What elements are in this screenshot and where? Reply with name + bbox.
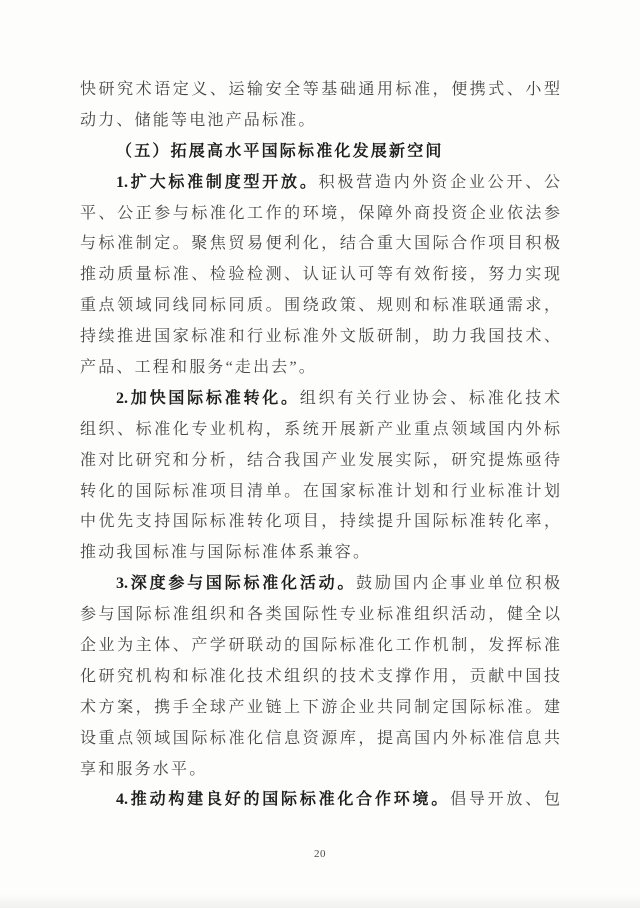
page-number: 20 <box>0 848 640 860</box>
text-line: 准对比研究和分析，结合我国产业发展实际，研究提炼亟待 <box>80 446 560 477</box>
text-line: 持续推进国家标准和行业标准外文版研制，助力我国技术、 <box>80 322 560 353</box>
text-line: 企业为主体、产学研联动的国际标准化工作机制，发挥标准 <box>80 631 560 662</box>
text-line: 术方案，携手全球产业链上下游企业共同制定国际标准。建 <box>80 693 560 724</box>
text-line: 化研究机构和标准化技术组织的技术支撑作用，贡献中国技 <box>80 662 560 693</box>
text-run: 快研究术语定义、运输安全等基础通用标准，便携式、小型 <box>80 81 560 98</box>
text-run: 设重点领域国际标准化信息资源库，提高国内外标准信息共 <box>80 730 560 747</box>
text-run: 中优先支持国际标准转化项目，持续提升国际标准转化率， <box>80 513 560 530</box>
text-line: 1.扩大标准制度型开放。积极营造内外资企业公开、公 <box>80 168 560 199</box>
text-run: 化研究机构和标准化技术组织的技术支撑作用，贡献中国技 <box>80 668 560 685</box>
text-line: 参与国际标准组织和各类国际性专业标准组织活动，健全以 <box>80 600 560 631</box>
text-line: 推动我国标准与国际标准体系兼容。 <box>80 538 560 569</box>
text-run: 重点领域同线同标同质。围绕政策、规则和标准联通需求， <box>80 297 560 314</box>
text-line: 推动质量标准、检验检测、认证认可等有效衔接，努力实现 <box>80 260 560 291</box>
text-line: 快研究术语定义、运输安全等基础通用标准，便携式、小型 <box>80 75 560 106</box>
text-line: 4.推动构建良好的国际标准化合作环境。倡导开放、包 <box>80 785 560 816</box>
text-run: 积极营造内外资企业公开、公 <box>319 174 560 191</box>
text-run: 组织有关行业协会、标准化技术 <box>300 390 560 407</box>
text-line: 转化的国际标准项目清单。在国家标准计划和行业标准计划 <box>80 477 560 508</box>
text-line: 设重点领域国际标准化信息资源库，提高国内外标准信息共 <box>80 724 560 755</box>
text-line: 中优先支持国际标准转化项目，持续提升国际标准转化率， <box>80 507 560 538</box>
text-run: 享和服务水平。 <box>80 761 207 778</box>
document-body: 快研究术语定义、运输安全等基础通用标准，便携式、小型 动力、储能等电池产品标准。… <box>80 75 560 816</box>
text-run: 产品、工程和服务“走出去”。 <box>80 359 317 376</box>
text-run: 倡导开放、包 <box>450 791 560 808</box>
text-run: 组织、标准化专业机构，系统开展新产业重点领域国内外标 <box>80 421 560 438</box>
document-page: 快研究术语定义、运输安全等基础通用标准，便携式、小型 动力、储能等电池产品标准。… <box>0 0 640 908</box>
bold-run: 1.扩大标准制度型开放。 <box>116 174 319 191</box>
scan-shadow <box>0 894 640 908</box>
text-line: 2.加快国际标准转化。组织有关行业协会、标准化技术 <box>80 384 560 415</box>
text-run: 术方案，携手全球产业链上下游企业共同制定国际标准。建 <box>80 699 560 716</box>
text-run: 鼓励国内企事业单位积极 <box>356 575 560 592</box>
text-run: 企业为主体、产学研联动的国际标准化工作机制，发挥标准 <box>80 637 560 654</box>
section-heading: （五）拓展高水平国际标准化发展新空间 <box>80 137 560 168</box>
text-line: 与标准制定。聚焦贸易便利化，结合重大国际合作项目积极 <box>80 229 560 260</box>
bold-run: 4.推动构建良好的国际标准化合作环境。 <box>116 791 450 808</box>
text-run: 转化的国际标准项目清单。在国家标准计划和行业标准计划 <box>80 483 560 500</box>
text-line: 产品、工程和服务“走出去”。 <box>80 353 560 384</box>
text-run: 动力、储能等电池产品标准。 <box>80 112 317 129</box>
bold-run: 3.深度参与国际标准化活动。 <box>116 575 356 592</box>
text-line: 平、公正参与标准化工作的环境，保障外商投资企业依法参 <box>80 199 560 230</box>
text-run: 参与国际标准组织和各类国际性专业标准组织活动，健全以 <box>80 606 560 623</box>
text-run: 推动质量标准、检验检测、认证认可等有效衔接，努力实现 <box>80 266 560 283</box>
text-run: 准对比研究和分析，结合我国产业发展实际，研究提炼亟待 <box>80 452 560 469</box>
text-line: 3.深度参与国际标准化活动。鼓励国内企事业单位积极 <box>80 569 560 600</box>
text-line: 享和服务水平。 <box>80 755 560 786</box>
text-run: 与标准制定。聚焦贸易便利化，结合重大国际合作项目积极 <box>80 235 560 252</box>
text-run: 推动我国标准与国际标准体系兼容。 <box>80 544 371 561</box>
text-run: 持续推进国家标准和行业标准外文版研制，助力我国技术、 <box>80 328 560 345</box>
text-line: 动力、储能等电池产品标准。 <box>80 106 560 137</box>
text-run: 平、公正参与标准化工作的环境，保障外商投资企业依法参 <box>80 205 560 222</box>
bold-run: （五）拓展高水平国际标准化发展新空间 <box>116 143 444 160</box>
text-line: 组织、标准化专业机构，系统开展新产业重点领域国内外标 <box>80 415 560 446</box>
bold-run: 2.加快国际标准转化。 <box>116 390 300 407</box>
text-line: 重点领域同线同标同质。围绕政策、规则和标准联通需求， <box>80 291 560 322</box>
